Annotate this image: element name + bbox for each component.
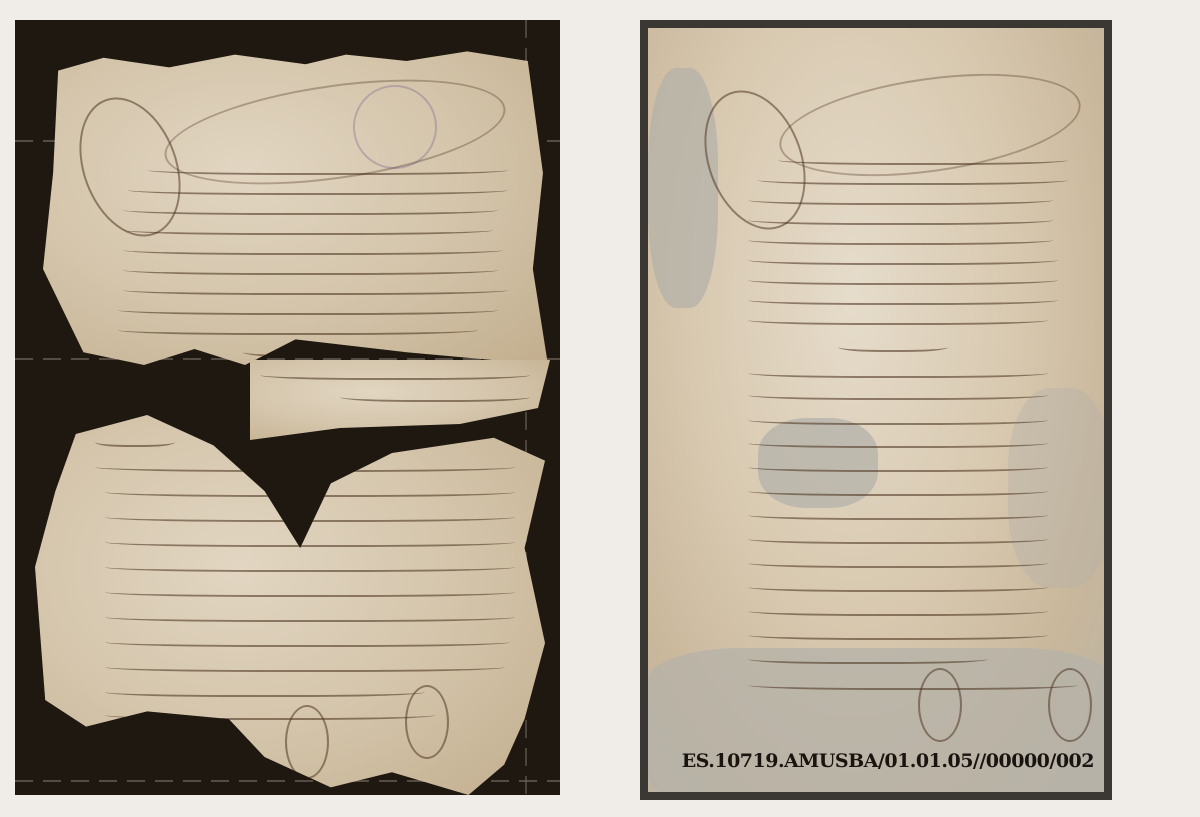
restored-parchment: ES.10719.AMUSBA/01.01.05//00000/002 [648,28,1104,792]
torn-fragment-bottom [35,415,545,795]
torn-fragment-middle [250,360,550,440]
torn-fragment-top [43,45,548,365]
archive-reference-code: ES.10719.AMUSBA/01.01.05//00000/002 [682,750,1094,772]
manuscript-before-photo [15,20,560,795]
manuscript-after-photo: ES.10719.AMUSBA/01.01.05//00000/002 [640,20,1112,800]
